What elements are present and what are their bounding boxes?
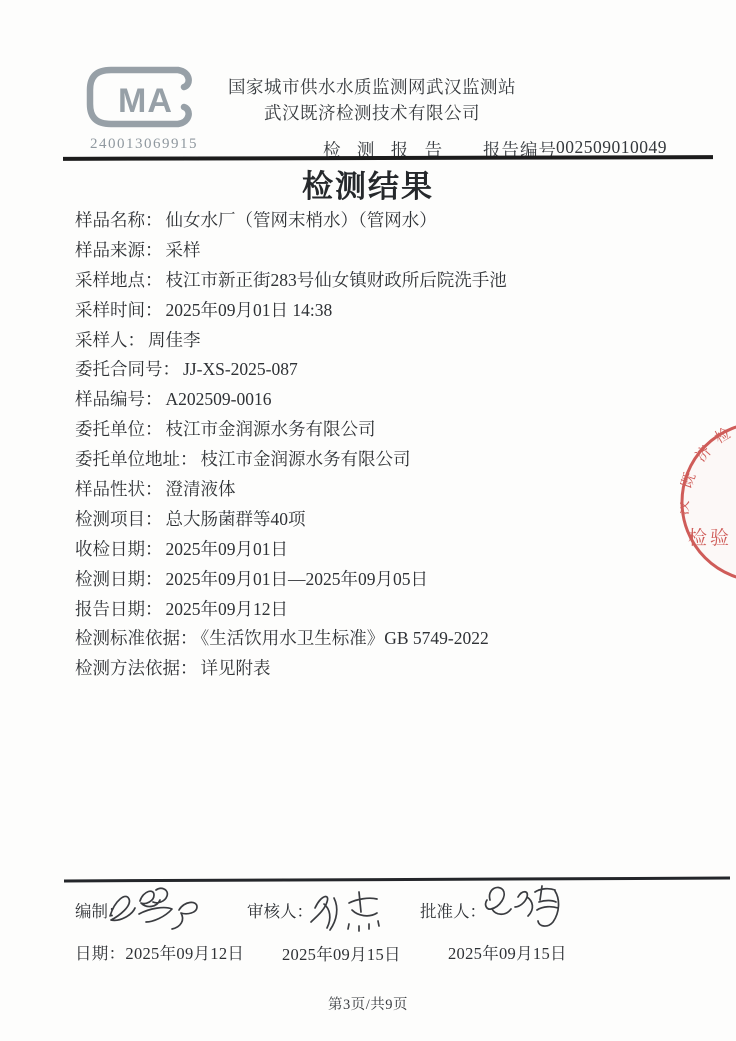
reviewed-date: 2025年09月15日 — [282, 941, 401, 965]
field-list: 样品名称：仙女水厂（管网末梢水）（管网水） 样品来源：采样 采样地点：枝江市新正… — [75, 206, 715, 684]
signoff-divider — [64, 877, 730, 882]
prepared-signature — [102, 884, 212, 936]
stamp-center-text: 检验 — [688, 527, 732, 549]
header-divider — [63, 155, 713, 161]
field-sampler: 采样人：周佳李 — [75, 326, 715, 356]
approved-signature — [476, 880, 564, 936]
field-sample-character: 样品性状：澄清液体 — [75, 475, 715, 505]
field-client: 委托单位：枝江市金润源水务有限公司 — [75, 415, 715, 445]
field-sample-source: 样品来源：采样 — [75, 236, 715, 266]
field-standard-basis: 检测标准依据：《生活饮用水卫生标准》GB 5749-2022 — [75, 624, 715, 654]
page-number: 第3页/共9页 — [0, 993, 736, 1014]
field-sample-no: 样品编号：A202509-0016 — [75, 385, 715, 415]
field-sampling-time: 采样时间：2025年09月01日 14:38 — [75, 296, 715, 326]
page-title: 检测结果 — [0, 161, 736, 206]
report-page: MA 240013069915 国家城市供水水质监测网武汉监测站 武汉既济检测技… — [0, 0, 736, 1041]
field-report-date: 报告日期：2025年09月12日 — [75, 595, 715, 625]
org-name-line2: 武汉既济检测技术有限公司 — [0, 100, 736, 126]
field-sampling-site: 采样地点：枝江市新正街283号仙女镇财政所后院洗手池 — [75, 266, 715, 296]
date-label: 日期： — [75, 944, 125, 963]
field-sample-name: 样品名称：仙女水厂（管网末梢水）（管网水） — [75, 206, 715, 236]
field-test-date: 检测日期：2025年09月01日—2025年09月05日 — [75, 565, 715, 595]
field-contract-no: 委托合同号：JJ-XS-2025-087 — [75, 355, 715, 385]
inspection-stamp: 汉 既 济 检 检验 — [680, 412, 736, 602]
field-client-address: 委托单位地址：枝江市金润源水务有限公司 — [75, 445, 715, 475]
field-receive-date: 收检日期：2025年09月01日 — [75, 535, 715, 565]
org-header: 国家城市供水水质监测网武汉监测站 武汉既济检测技术有限公司 — [0, 74, 736, 126]
field-test-items: 检测项目：总大肠菌群等40项 — [75, 505, 715, 535]
approved-date: 2025年09月15日 — [448, 940, 567, 964]
stamp-arc-char-1: 汉 — [680, 500, 692, 516]
org-name-line1: 国家城市供水水质监测网武汉监测站 — [0, 74, 736, 100]
field-method-basis: 检测方法依据：详见附表 — [75, 654, 715, 684]
prepared-date: 日期：2025年09月12日 — [75, 940, 244, 964]
reviewed-signature — [303, 886, 393, 942]
